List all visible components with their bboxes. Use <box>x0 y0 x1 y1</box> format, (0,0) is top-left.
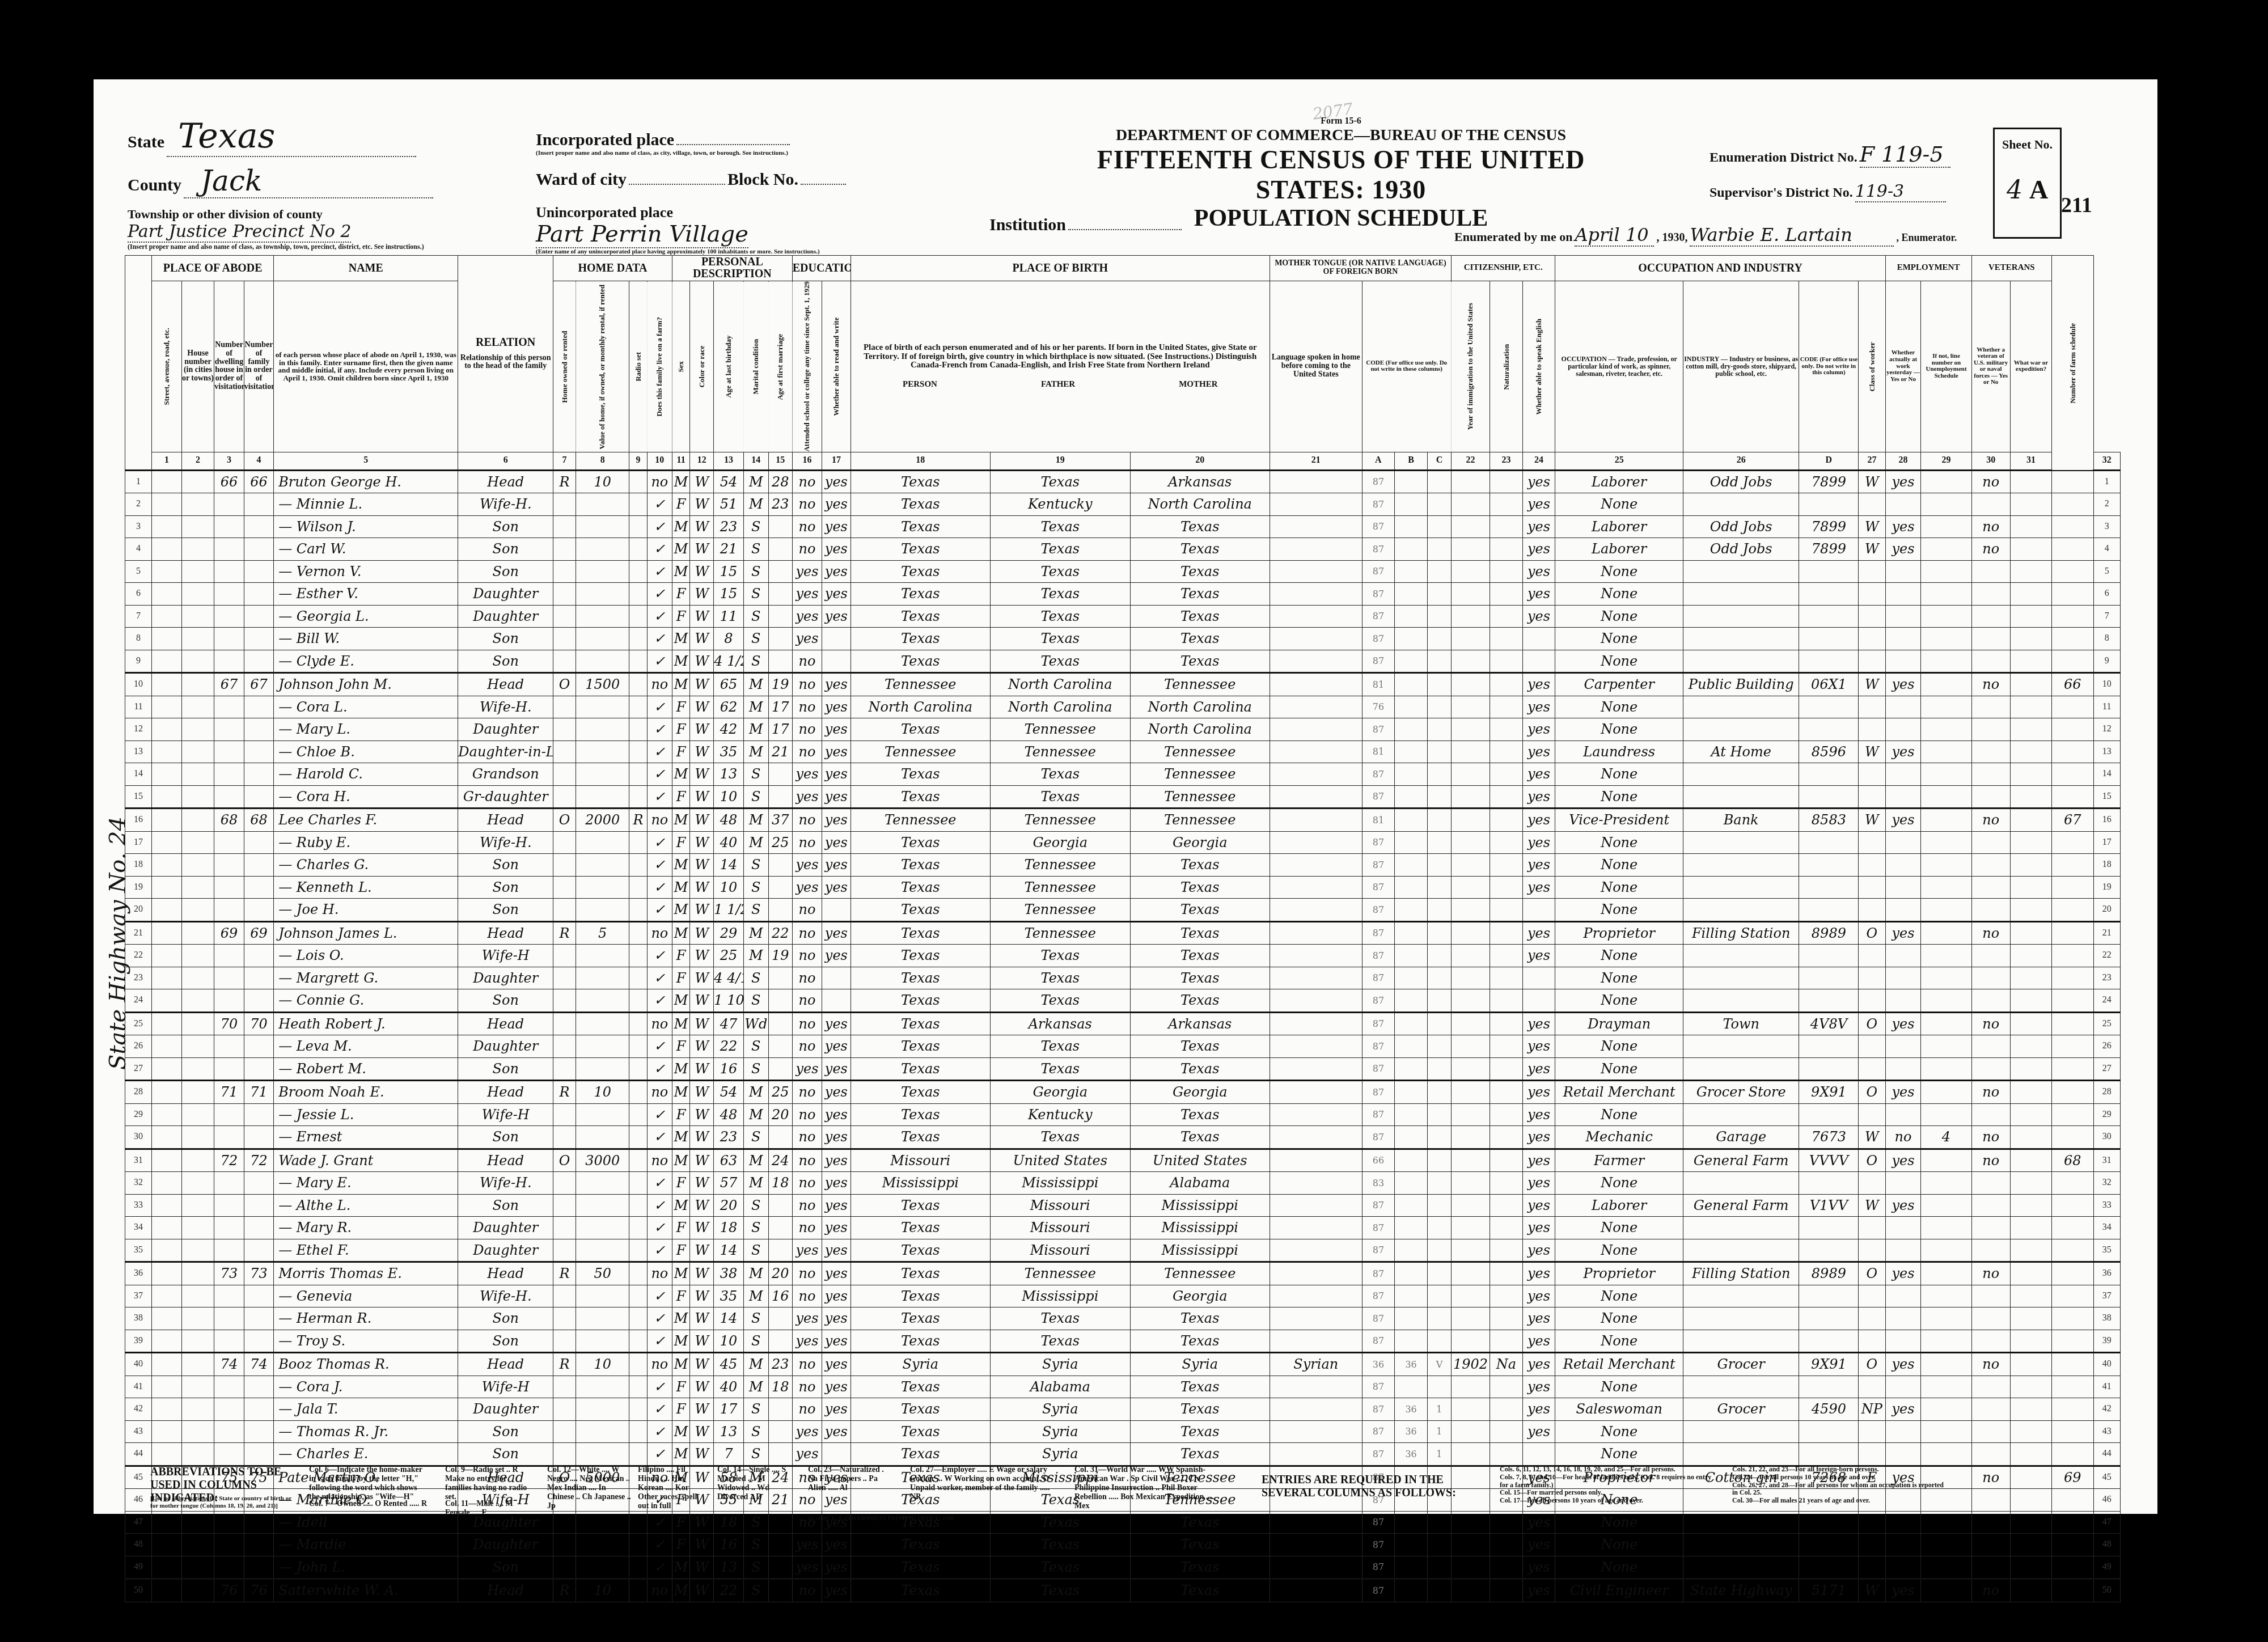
home-owned <box>553 1443 576 1466</box>
radio-set <box>629 1149 647 1172</box>
house-number <box>181 831 214 854</box>
family-number <box>244 1194 273 1217</box>
age-at-marriage <box>768 1307 792 1330</box>
veteran: no <box>1971 470 2010 493</box>
street <box>152 1035 181 1058</box>
home-value <box>576 538 629 561</box>
immigration-year <box>1451 1035 1490 1058</box>
school: no <box>792 538 822 561</box>
occupation-code <box>1799 718 1859 741</box>
unemployment-line <box>1921 1081 1971 1104</box>
race: W <box>690 1262 714 1285</box>
industry <box>1683 1330 1799 1353</box>
radio-set <box>629 785 647 809</box>
code-state: 87 <box>1362 1081 1395 1104</box>
marital-status: M <box>743 718 768 741</box>
farm: ✓ <box>647 854 672 877</box>
unemployment-line <box>1921 718 1971 741</box>
industry <box>1683 785 1799 809</box>
mother-tongue <box>1270 1579 1363 1602</box>
birthplace: Texas <box>850 1398 990 1421</box>
line-number-right: 3 <box>2093 515 2120 538</box>
col30-header: Whether a veteran of U.S. military or na… <box>1971 281 2010 452</box>
speaks-english: yes <box>1522 1081 1555 1104</box>
street <box>152 763 181 786</box>
family-number <box>244 583 273 606</box>
mother-birthplace: Tennessee <box>1130 763 1270 786</box>
race: W <box>690 1330 714 1353</box>
home-value <box>576 696 629 718</box>
war <box>2010 560 2051 583</box>
at-work <box>1885 763 1921 786</box>
occupation: None <box>1555 763 1683 786</box>
census-row: 41— Cora J.Wife-H✓FW40M18noyesTexasAlaba… <box>125 1376 2121 1398</box>
census-row: 20— Joe H.Son✓MW1 1/2SnoTexasTennesseeTe… <box>125 899 2121 922</box>
speaks-english: yes <box>1522 560 1555 583</box>
code-state: 87 <box>1362 560 1395 583</box>
unemployment-line <box>1921 1330 1971 1353</box>
occupation-code <box>1799 1103 1859 1126</box>
unemployment-line <box>1921 673 1971 696</box>
occupation-code <box>1799 831 1859 854</box>
census-row: 49— John L.Son✓MW13SyesyesTexasTexasTexa… <box>125 1556 2121 1579</box>
dwelling-number <box>214 1376 244 1398</box>
naturalization <box>1490 515 1523 538</box>
person-name: — Joe H. <box>274 899 458 922</box>
war <box>2010 740 2051 763</box>
occupation-code: 7899 <box>1799 470 1859 493</box>
mother-tongue <box>1270 1556 1363 1579</box>
industry <box>1683 1376 1799 1398</box>
radio-set <box>629 763 647 786</box>
industry <box>1683 1035 1799 1058</box>
code-country <box>1395 899 1428 922</box>
line-number: 41 <box>125 1376 152 1398</box>
census-row: 13— Chloe B.Daughter-in-Law✓FW35M21noyes… <box>125 740 2121 763</box>
unemployment-line <box>1921 1579 1971 1602</box>
race: W <box>690 1556 714 1579</box>
read-write: yes <box>822 1194 850 1217</box>
code-nativity: 1 <box>1427 1443 1451 1466</box>
class-of-worker <box>1859 560 1885 583</box>
age-at-marriage <box>768 1194 792 1217</box>
farm-schedule <box>2052 696 2093 718</box>
family-number <box>244 740 273 763</box>
enumeration-district-value: F 119-5 <box>1860 142 1950 168</box>
home-value <box>576 876 629 899</box>
code-state: 87 <box>1362 1217 1395 1239</box>
house-number <box>181 1035 214 1058</box>
relation: Daughter <box>458 583 553 606</box>
marital-status: M <box>743 1149 768 1172</box>
code-country: 36 <box>1395 1353 1428 1376</box>
speaks-english: yes <box>1522 1556 1555 1579</box>
farm: ✓ <box>647 1217 672 1239</box>
sex: F <box>672 945 689 967</box>
veteran: no <box>1971 1353 2010 1376</box>
farm-schedule <box>2052 605 2093 628</box>
mother-birthplace: Tennessee <box>1130 809 1270 832</box>
race: W <box>690 1012 714 1035</box>
relation: Head <box>458 921 553 945</box>
mother-tongue: Syrian <box>1270 1353 1363 1376</box>
farm-schedule <box>2052 1035 2093 1058</box>
farm-schedule <box>2052 1307 2093 1330</box>
column-number: 13 <box>714 452 743 470</box>
code-state: 87 <box>1362 1035 1395 1058</box>
census-row: 407474Booz Thomas R.HeadR10noMW45M23noye… <box>125 1353 2121 1376</box>
unemployment-line <box>1921 899 1971 922</box>
marital-status: Wd <box>743 1012 768 1035</box>
veteran <box>1971 989 2010 1013</box>
age-at-marriage: 17 <box>768 718 792 741</box>
ward-field: Ward of city Block No. <box>536 170 846 189</box>
home-owned <box>553 538 576 561</box>
occupation-code <box>1799 763 1859 786</box>
mother-tongue <box>1270 696 1363 718</box>
column-number: 12 <box>690 452 714 470</box>
age-at-marriage: 22 <box>768 921 792 945</box>
father-birthplace: Tennessee <box>991 1262 1130 1285</box>
col14-header: Marital condition <box>743 281 768 452</box>
farm: ✓ <box>647 515 672 538</box>
race: W <box>690 899 714 922</box>
immigration-year <box>1451 763 1490 786</box>
read-write <box>822 899 850 922</box>
farm: no <box>647 673 672 696</box>
mother-tongue <box>1270 1217 1363 1239</box>
class-of-worker <box>1859 583 1885 606</box>
unemployment-line <box>1921 470 1971 493</box>
radio-set <box>629 876 647 899</box>
industry <box>1683 493 1799 516</box>
occupation-code <box>1799 1285 1859 1307</box>
school: yes <box>792 876 822 899</box>
farm-schedule <box>2052 831 2093 854</box>
unemployment-line: 4 <box>1921 1126 1971 1149</box>
street <box>152 560 181 583</box>
tongue-code-header: CODE (For office use only. Do not write … <box>1362 281 1451 452</box>
birthplace: Texas <box>850 1012 990 1035</box>
age-at-marriage: 23 <box>768 1353 792 1376</box>
line-number-right: 36 <box>2093 1262 2120 1285</box>
father-birthplace: Kentucky <box>991 1103 1130 1126</box>
sex: M <box>672 1126 689 1149</box>
person-name: — Cora J. <box>274 1376 458 1398</box>
age: 10 <box>714 876 743 899</box>
mother-tongue <box>1270 583 1363 606</box>
column-number: 24 <box>1522 452 1555 470</box>
occupation: Farmer <box>1555 1149 1683 1172</box>
veteran: no <box>1971 538 2010 561</box>
at-work <box>1885 628 1921 650</box>
line-number: 5 <box>125 560 152 583</box>
line-number-right: 7 <box>2093 605 2120 628</box>
code-country <box>1395 854 1428 877</box>
radio-set <box>629 921 647 945</box>
radio-set <box>629 967 647 989</box>
mother-tongue <box>1270 718 1363 741</box>
farm: ✓ <box>647 583 672 606</box>
school: yes <box>792 1443 822 1466</box>
occupation-code <box>1799 785 1859 809</box>
class-of-worker: O <box>1859 921 1885 945</box>
street <box>152 583 181 606</box>
dwelling-number <box>214 967 244 989</box>
unemployment-line <box>1921 989 1971 1013</box>
person-name: — Kenneth L. <box>274 876 458 899</box>
father-birthplace: Mississippi <box>991 1285 1130 1307</box>
column-number: 10 <box>647 452 672 470</box>
group-education: EDUCATION <box>792 256 850 281</box>
race: W <box>690 1035 714 1058</box>
code-country <box>1395 1330 1428 1353</box>
race: W <box>690 1194 714 1217</box>
occupation: None <box>1555 854 1683 877</box>
farm-schedule <box>2052 1103 2093 1126</box>
ward-value <box>629 184 725 185</box>
speaks-english: yes <box>1522 1239 1555 1262</box>
relation: Head <box>458 1012 553 1035</box>
family-number <box>244 1239 273 1262</box>
age-at-marriage <box>768 1420 792 1443</box>
speaks-english: yes <box>1522 1398 1555 1421</box>
class-of-worker <box>1859 696 1885 718</box>
class-of-worker <box>1859 1511 1885 1534</box>
read-write: yes <box>822 854 850 877</box>
read-write: yes <box>822 876 850 899</box>
father-birthplace: Texas <box>991 538 1130 561</box>
class-of-worker <box>1859 967 1885 989</box>
mother-birthplace: Texas <box>1130 989 1270 1013</box>
birthplace: Texas <box>850 854 990 877</box>
speaks-english: yes <box>1522 1035 1555 1058</box>
family-number: 68 <box>244 809 273 832</box>
occupation-code <box>1799 493 1859 516</box>
read-write: yes <box>822 1239 850 1262</box>
father-birthplace: Tennessee <box>991 876 1130 899</box>
census-row: 43— Thomas R. Jr.Son✓MW13SyesyesTexasSyr… <box>125 1420 2121 1443</box>
line-number-right: 28 <box>2093 1081 2120 1104</box>
age-at-marriage <box>768 989 792 1013</box>
school: yes <box>792 605 822 628</box>
class-of-worker <box>1859 628 1885 650</box>
family-number <box>244 854 273 877</box>
speaks-english: yes <box>1522 1262 1555 1285</box>
immigration-year <box>1451 899 1490 922</box>
class-of-worker <box>1859 1556 1885 1579</box>
code-nativity <box>1427 899 1451 922</box>
industry <box>1683 1172 1799 1195</box>
census-row: 14— Harold C.Grandson✓MW13SyesyesTexasTe… <box>125 763 2121 786</box>
naturalization <box>1490 628 1523 650</box>
radio-set <box>629 1239 647 1262</box>
code-country: 36 <box>1395 1398 1428 1421</box>
at-work <box>1885 1172 1921 1195</box>
house-number <box>181 1579 214 1602</box>
war <box>2010 1353 2051 1376</box>
street <box>152 696 181 718</box>
mother-birthplace: Arkansas <box>1130 1012 1270 1035</box>
block-value <box>801 184 846 185</box>
relation: Daughter <box>458 1217 553 1239</box>
column-number: 4 <box>244 452 273 470</box>
code-state: 87 <box>1362 1443 1395 1466</box>
line-number-right: 26 <box>2093 1035 2120 1058</box>
farm: ✓ <box>647 1443 672 1466</box>
family-number <box>244 1172 273 1195</box>
veteran <box>1971 854 2010 877</box>
class-of-worker <box>1859 763 1885 786</box>
street <box>152 921 181 945</box>
birthplace: Texas <box>850 945 990 967</box>
mother-birthplace: Texas <box>1130 1035 1270 1058</box>
war <box>2010 763 2051 786</box>
code-state: 87 <box>1362 515 1395 538</box>
speaks-english: yes <box>1522 831 1555 854</box>
house-number <box>181 1511 214 1534</box>
industry: General Farm <box>1683 1149 1799 1172</box>
farm: ✓ <box>647 1285 672 1307</box>
occupation-code <box>1799 967 1859 989</box>
school: no <box>792 493 822 516</box>
age: 18 <box>714 1217 743 1239</box>
farm: ✓ <box>647 1511 672 1534</box>
marital-status: S <box>743 515 768 538</box>
farm: ✓ <box>647 493 672 516</box>
code-country <box>1395 831 1428 854</box>
speaks-english: yes <box>1522 673 1555 696</box>
code-country <box>1395 470 1428 493</box>
occupation: None <box>1555 1534 1683 1556</box>
home-value <box>576 967 629 989</box>
school: no <box>792 1012 822 1035</box>
age-at-marriage <box>768 1579 792 1602</box>
father-birthplace: Tennessee <box>991 740 1130 763</box>
line-number-right: 23 <box>2093 967 2120 989</box>
col22-header: Year of immigration to the United States <box>1451 281 1490 452</box>
code-state: 87 <box>1362 470 1395 493</box>
abbr-col9: Col. 9—Radio set .. R Make no entry for … <box>445 1466 530 1502</box>
father-birthplace: Kentucky <box>991 493 1130 516</box>
occupation: None <box>1555 650 1683 673</box>
house-number <box>181 718 214 741</box>
relation: Head <box>458 1081 553 1104</box>
read-write: yes <box>822 1307 850 1330</box>
farm: no <box>647 809 672 832</box>
radio-set <box>629 1194 647 1217</box>
col28-header: Whether actually at work yesterday — Yes… <box>1885 281 1921 452</box>
immigration-year: 1902 <box>1451 1353 1490 1376</box>
occupation: None <box>1555 945 1683 967</box>
farm-schedule <box>2052 1556 2093 1579</box>
speaks-english <box>1522 899 1555 922</box>
immigration-year <box>1451 831 1490 854</box>
code-nativity <box>1427 1511 1451 1534</box>
code-country <box>1395 1194 1428 1217</box>
mother-birthplace: Alabama <box>1130 1172 1270 1195</box>
abbr-col7: Col. 7—Owned ..... O Rented ..... R <box>309 1500 428 1509</box>
school: no <box>792 945 822 967</box>
class-of-worker: W <box>1859 809 1885 832</box>
father-birthplace: Texas <box>991 560 1130 583</box>
dwelling-number <box>214 1307 244 1330</box>
line-number: 6 <box>125 583 152 606</box>
mother-tongue <box>1270 1081 1363 1104</box>
home-owned <box>553 560 576 583</box>
naturalization <box>1490 583 1523 606</box>
census-row: 26— Leva M.Daughter✓FW22SnoyesTexasTexas… <box>125 1035 2121 1058</box>
unemployment-line <box>1921 1194 1971 1217</box>
farm-schedule <box>2052 1285 2093 1307</box>
age: 65 <box>714 673 743 696</box>
line-number-header <box>125 256 152 471</box>
mother-birthplace: Tennessee <box>1130 673 1270 696</box>
farm-schedule <box>2052 876 2093 899</box>
class-of-worker: W <box>1859 673 1885 696</box>
home-value <box>576 1126 629 1149</box>
code-nativity <box>1427 1103 1451 1126</box>
war <box>2010 809 2051 832</box>
home-owned <box>553 718 576 741</box>
farm: ✓ <box>647 538 672 561</box>
mother-birthplace: Texas <box>1130 1420 1270 1443</box>
person-name: — Genevia <box>274 1285 458 1307</box>
line-number-right: 43 <box>2093 1420 2120 1443</box>
immigration-year <box>1451 470 1490 493</box>
farm-schedule: 68 <box>2052 1149 2093 1172</box>
speaks-english: yes <box>1522 1057 1555 1081</box>
radio-set <box>629 538 647 561</box>
person-name: Johnson James L. <box>274 921 458 945</box>
sex: F <box>672 696 689 718</box>
speaks-english: yes <box>1522 1579 1555 1602</box>
column-number: 27 <box>1859 452 1885 470</box>
census-title: FIFTEENTH CENSUS OF THE UNITED STATES: 1… <box>1086 145 1596 205</box>
age-at-marriage <box>768 1239 792 1262</box>
mother-birthplace: Mississippi <box>1130 1194 1270 1217</box>
home-owned: R <box>553 921 576 945</box>
occupation: Laborer <box>1555 538 1683 561</box>
dwelling-number <box>214 785 244 809</box>
census-row: 44— Charles E.Son✓MW7SyesTexasSyriaTexas… <box>125 1443 2121 1466</box>
person-name: — Idell <box>274 1511 458 1534</box>
marital-status: S <box>743 989 768 1013</box>
street <box>152 740 181 763</box>
house-number <box>181 1057 214 1081</box>
home-owned: R <box>553 1262 576 1285</box>
age: 48 <box>714 1103 743 1126</box>
unemployment-line <box>1921 538 1971 561</box>
unemployment-line <box>1921 1376 1971 1398</box>
unemployment-line <box>1921 696 1971 718</box>
family-number <box>244 493 273 516</box>
class-of-worker <box>1859 1035 1885 1058</box>
read-write: yes <box>822 1285 850 1307</box>
farm-schedule <box>2052 1126 2093 1149</box>
occupation: None <box>1555 1330 1683 1353</box>
sex: F <box>672 831 689 854</box>
line-number: 24 <box>125 989 152 1013</box>
mother-tongue <box>1270 1172 1363 1195</box>
home-value <box>576 899 629 922</box>
naturalization <box>1490 470 1523 493</box>
home-owned: R <box>553 1353 576 1376</box>
birthplace: Texas <box>850 605 990 628</box>
age-at-marriage <box>768 1217 792 1239</box>
line-number: 11 <box>125 696 152 718</box>
veteran: no <box>1971 1579 2010 1602</box>
